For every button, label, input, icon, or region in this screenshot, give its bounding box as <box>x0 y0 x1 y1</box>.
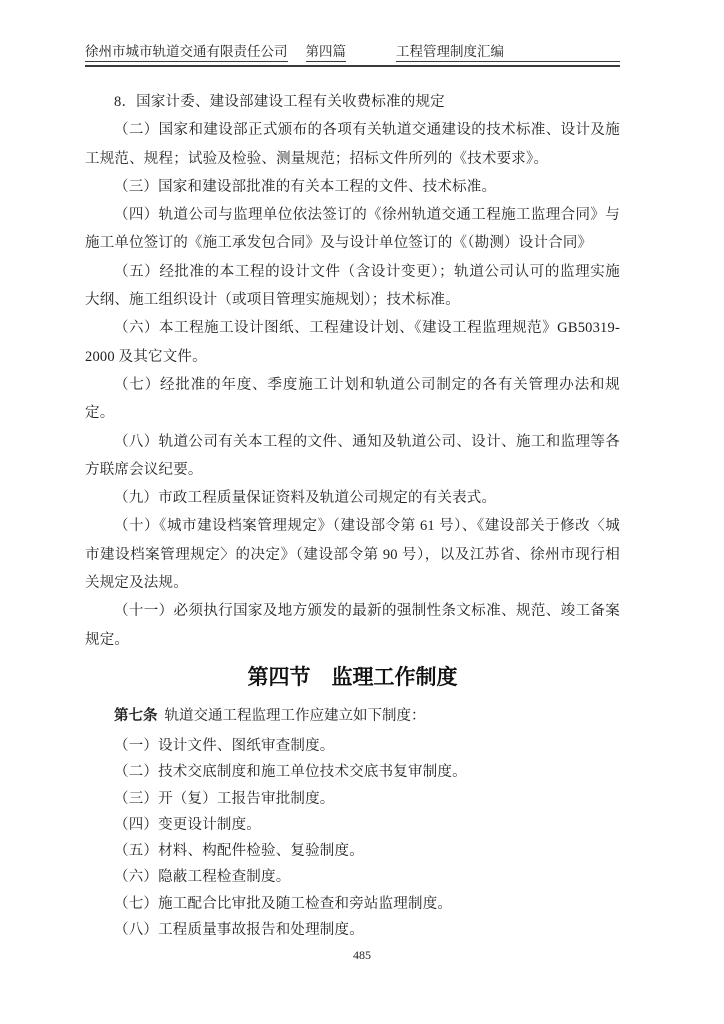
list-item: （五）材料、构配件检验、复验制度。 <box>85 838 620 864</box>
paragraph: （五）经批准的本工程的设计文件（含设计变更）；轨道公司认可的监理实施大纲、施工组… <box>85 258 620 315</box>
paragraph: （二）国家和建设部正式颁布的各项有关轨道交通建设的技术标准、设计及施工规范、规程… <box>85 116 620 173</box>
document-body: 8．国家计委、建设部建设工程有关收费标准的规定 （二）国家和建设部正式颁布的各项… <box>85 88 620 654</box>
article-number-label: 第七条 <box>114 708 158 724</box>
header-company-name: 徐州市城市轨道交通有限责任公司 <box>85 44 288 62</box>
paragraph: （六）本工程施工设计图纸、工程建设计划、《建设工程监理规范》GB50319-20… <box>85 314 620 371</box>
paragraph: 8．国家计委、建设部建设工程有关收费标准的规定 <box>85 88 620 116</box>
list-item: （六）隐蔽工程检查制度。 <box>85 864 620 890</box>
article-line: 第七条轨道交通工程监理工作应建立如下制度： <box>85 703 620 730</box>
list-item: （七）施工配合比审批及随工检查和旁站监理制度。 <box>85 891 620 917</box>
list-item: （三）开（复）工报告审批制度。 <box>85 786 620 812</box>
paragraph: （八）轨道公司有关本工程的文件、通知及轨道公司、设计、施工和监理等各方联席会议纪… <box>85 428 620 485</box>
header-document-title: 工程管理制度汇编 <box>396 44 620 62</box>
rule-list: （一）设计文件、图纸审查制度。 （二）技术交底制度和施工单位技术交底书复审制度。… <box>85 733 620 943</box>
list-item: （四）变更设计制度。 <box>85 812 620 838</box>
page-header: 徐州市城市轨道交通有限责任公司 第四篇 工程管理制度汇编 <box>85 44 620 67</box>
document-page: 徐州市城市轨道交通有限责任公司 第四篇 工程管理制度汇编 8．国家计委、建设部建… <box>0 0 724 1024</box>
list-item: （一）设计文件、图纸审查制度。 <box>85 733 620 759</box>
page-number: 485 <box>0 948 724 963</box>
paragraph: （十）《城市建设档案管理规定》（建设部令第 61 号）、《建设部关于修改〈城市建… <box>85 512 620 597</box>
paragraph: （九）市政工程质量保证资料及轨道公司规定的有关表式。 <box>85 484 620 512</box>
article-text: 轨道交通工程监理工作应建立如下制度： <box>165 708 426 724</box>
paragraph: （七）经批准的年度、季度施工计划和轨道公司制定的各有关管理办法和规定。 <box>85 371 620 428</box>
header-part-label: 第四篇 <box>306 44 347 62</box>
paragraph: （三）国家和建设部批准的有关本工程的文件、技术标准。 <box>85 173 620 201</box>
paragraph: （十一）必须执行国家及地方颁发的最新的强制性条文标准、规范、竣工备案规定。 <box>85 597 620 654</box>
list-item: （八）工程质量事故报告和处理制度。 <box>85 917 620 943</box>
paragraph: （四）轨道公司与监理单位依法签订的《徐州轨道交通工程施工监理合同》与施工单位签订… <box>85 201 620 258</box>
list-item: （二）技术交底制度和施工单位技术交底书复审制度。 <box>85 759 620 785</box>
section-heading: 第四节 监理工作制度 <box>85 663 620 693</box>
